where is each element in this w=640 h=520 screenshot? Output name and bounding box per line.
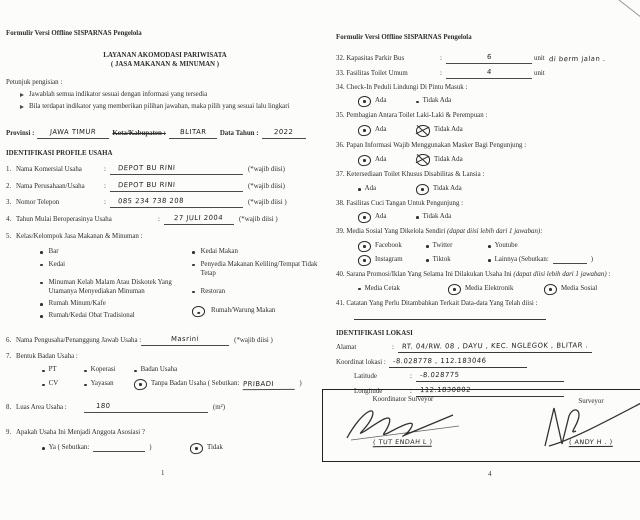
option-cv: CV	[42, 380, 84, 389]
field-value: 27 JULI 2004	[164, 214, 234, 225]
unit-label: unit	[532, 55, 545, 64]
field-number: 8.	[6, 404, 16, 413]
field-label: Nama Pengusaha/Penanggung Jawab Usaha :	[16, 337, 141, 346]
q7-sebutkan-value: PRIBADI	[243, 380, 296, 390]
field-value: 6	[446, 53, 532, 64]
bullet-icon	[426, 259, 429, 262]
question-35: 35. Pembagian Antara Toilet Laki-Laki & …	[336, 112, 638, 136]
question-34: 34. Check-In Peduli Lindungi Di Pintu Ma…	[336, 84, 638, 107]
field-number: 4.	[6, 216, 16, 225]
instruction-item: Jawablah semua indikator sesuai dengan i…	[20, 91, 324, 100]
page-number-right: 4	[488, 471, 491, 478]
q9-options: Ya ( Sebutkan: ) Tidak	[42, 443, 324, 454]
option-youtube: Youtube	[488, 242, 518, 251]
option-tidak-ada: Tidak Ada	[416, 97, 451, 106]
province-label: Provinsi :	[6, 130, 34, 139]
field-number: 3.	[6, 199, 16, 208]
question-5: 5. Kelas/Kelompok Jasa Makanan & Minuman…	[6, 233, 324, 242]
field-label: Kelas/Kelompok Jasa Makanan & Minuman :	[16, 233, 143, 242]
city-value: BLITAR	[169, 128, 217, 139]
bullet-icon	[42, 370, 45, 373]
option-tidak-selected: Tidak	[190, 443, 223, 454]
arrowhead-bullet-icon	[20, 93, 24, 97]
field-number: 7.	[6, 353, 16, 362]
field-label: Luas Area Usaha :	[16, 404, 84, 413]
form-page-4: Formulir Versi Offline SISPARNAS Pengelo…	[336, 34, 638, 397]
year-label: Data Tahun :	[220, 130, 259, 139]
koordinat-value: -8.028778 , 112.183046	[389, 357, 527, 368]
field-label: 35. Pembagian Antara Toilet Laki-Laki & …	[336, 112, 638, 121]
field-label: 41. Catatan Yang Perlu Ditambahkan Terka…	[336, 300, 638, 309]
option-rumah-minum: Rumah Minum/Kafe	[40, 300, 192, 309]
question-7: 7. Bentuk Badan Usaha :	[6, 353, 324, 362]
alamat-value: RT. 04/RW. 08 , DAYU , KEC. NGLEGOK , BL…	[398, 342, 592, 353]
field-label: 37. Ketersediaan Toilet Khusus Disabilit…	[336, 171, 638, 180]
field-label: 40. Sarana Promosi/Iklan Yang Selama Ini…	[336, 271, 513, 278]
surveyor-block: Surveyor ( ANDY H . )	[545, 398, 637, 447]
hand-drawn-circle-icon	[357, 154, 371, 167]
question-8: 8. Luas Area Usaha : 180 (m²)	[6, 402, 324, 413]
option-ada-selected: Ada	[358, 125, 416, 136]
form-title-block: LAYANAN AKOMODASI PARIWISATA ( JASA MAKA…	[6, 52, 324, 70]
field-label: 33. Fasilitas Toilet Umum	[336, 70, 440, 79]
bullet-icon	[134, 370, 137, 373]
unit-label: unit	[532, 70, 545, 79]
option-media-elektronik-selected: Media Elektronik	[448, 284, 544, 295]
bullet-icon	[40, 264, 43, 267]
option-facebook-selected: Facebook	[358, 241, 426, 252]
bullet-icon	[40, 303, 43, 306]
instructions-label: Petunjuk pengisian :	[6, 79, 324, 88]
question-41: 41. Catatan Yang Perlu Ditambahkan Terka…	[336, 300, 638, 320]
required-note: (*wajib diisi )	[243, 199, 287, 208]
bullet-icon	[40, 251, 43, 254]
field-value: 085 234 738 208	[110, 197, 243, 208]
option-badan-usaha: Badan Usaha	[134, 366, 177, 375]
required-note: (*wajib diisi )	[229, 337, 273, 346]
bullet-icon	[426, 245, 429, 248]
option-tanpa-badan-usaha-selected: Tanpa Badan Usaha ( Sebutkan: PRIBADI )	[134, 379, 302, 390]
hand-drawn-circle-icon	[357, 96, 371, 109]
option-tiktok: Tiktok	[426, 256, 488, 265]
latitude-value: -8.028775	[416, 371, 564, 382]
arrowhead-bullet-icon	[20, 105, 24, 109]
field-label: 38. Fasilitas Cuci Tangan Untuk Pengunju…	[336, 200, 638, 209]
instruction-item: Bila terdapat indikator yang memberikan …	[20, 103, 324, 112]
surveyor-name: ( ANDY H . )	[569, 438, 613, 447]
field-label: 34. Check-In Peduli Lindungi Di Pintu Ma…	[336, 84, 638, 93]
option-tidak-ada-crossed: Tidak Ada	[416, 154, 463, 166]
bullet-icon	[416, 101, 419, 104]
hand-drawn-circle-icon	[415, 183, 429, 196]
field-number: 5.	[6, 233, 16, 242]
field-row-nama-perusahaan: 2. Nama Perusahaan/Usaha : DEPOT BU RINI…	[6, 181, 324, 192]
city-label: Kota/Kabupaten :	[112, 130, 165, 139]
q7-row-1: PT Koperasi Badan Usaha	[42, 366, 324, 375]
form-header: Formulir Versi Offline SISPARNAS Pengelo…	[6, 30, 324, 39]
required-note: (*wajib diisi)	[243, 166, 285, 175]
blank-answer-line	[354, 309, 546, 320]
province-value: JAWA TIMUR	[37, 128, 109, 139]
option-ada: Ada	[358, 185, 416, 194]
option-tidak-ada-selected: Tidak Ada	[416, 184, 462, 195]
form-header: Formulir Versi Offline SISPARNAS Pengelo…	[336, 34, 638, 43]
question-32: 32. Kapasitas Parkir Bus : 6 unit di ber…	[336, 53, 638, 64]
hand-drawn-circle-crossed-icon	[415, 124, 430, 137]
option-twitter: Twitter	[426, 242, 488, 251]
alamat-row: Alamat : RT. 04/RW. 08 , DAYU , KEC. NGL…	[336, 342, 638, 353]
question-33: 33. Fasilitas Toilet Umum : 4 unit	[336, 68, 638, 79]
koordinat-label: Koordinat lokasi :	[336, 359, 386, 368]
scan-corner-artifact	[615, 0, 640, 19]
field-value: 4	[446, 68, 532, 79]
field-label: Nomor Telepon	[16, 199, 104, 208]
field-label-italic: (dapat diisi lebih dari 1 jawaban)	[513, 271, 606, 278]
bullet-icon	[84, 384, 87, 387]
field-label: 36. Papan Informasi Wajib Menggunakan Ma…	[336, 142, 638, 151]
year-value: 2022	[262, 128, 306, 139]
option-instagram-selected: Instagram	[358, 255, 426, 266]
field-label: Apakah Usaha Ini Menjadi Anggota Asosias…	[16, 429, 145, 438]
hand-drawn-circle-icon	[357, 240, 371, 253]
field-number: 9.	[6, 429, 16, 438]
field-number: 6.	[6, 337, 16, 346]
section-title-profile: IDENTIFIKASI PROFILE USAHA	[6, 150, 324, 159]
option-rumah-warung-makan-selected: Rumah/Warung Makan	[192, 306, 318, 317]
option-tidak-ada: Tidak Ada	[416, 213, 451, 222]
bullet-icon	[358, 188, 361, 191]
field-number: 2.	[6, 183, 16, 192]
koordinator-surveyor-block: Koordinator Surveyor ( TUT ENDAH L )	[337, 396, 469, 447]
field-value: 180	[84, 402, 208, 413]
hand-drawn-circle-crossed-icon	[415, 154, 430, 167]
option-ya: Ya ( Sebutkan: )	[42, 444, 190, 453]
option-lainnya: Lainnya (Sebutkan:)	[488, 256, 593, 265]
bullet-icon	[84, 370, 87, 373]
bullet-icon	[192, 251, 195, 254]
hand-drawn-circle-icon	[191, 306, 205, 319]
field-value: DEPOT BU RINI	[110, 164, 243, 175]
option-pt: PT	[42, 366, 84, 375]
hand-drawn-circle-icon	[357, 125, 371, 138]
hand-drawn-circle-icon	[189, 442, 203, 455]
option-kedai-makan: Kedai Makan	[192, 248, 318, 257]
required-note: (*wajib diisi)	[243, 183, 285, 192]
q5-column-2: Kedai Makan Penyedia Makanan Keliling/Te…	[192, 245, 318, 322]
koordinator-surveyor-name: ( TUT ENDAH L )	[373, 438, 433, 447]
field-label: 39. Media Sosial Yang Dikelola Sendiri	[336, 228, 447, 235]
hand-drawn-circle-icon	[357, 211, 371, 224]
question-36: 36. Papan Informasi Wajib Menggunakan Ma…	[336, 142, 638, 166]
latitude-label: Latitude	[354, 373, 410, 382]
q7-options: PT Koperasi Badan Usaha CV Yayasan Tanpa…	[42, 366, 324, 390]
hand-drawn-circle-icon	[357, 254, 371, 267]
koordinator-surveyor-title: Koordinator Surveyor	[337, 396, 469, 403]
field-label: Nama Perusahaan/Usaha	[16, 183, 104, 192]
field-value: DEPOT BU RINI	[110, 181, 243, 192]
alamat-label: Alamat	[336, 344, 392, 353]
bullet-icon	[488, 259, 491, 262]
hand-drawn-circle-icon	[543, 283, 557, 296]
q7-row-2: CV Yayasan Tanpa Badan Usaha ( Sebutkan:…	[42, 379, 324, 390]
blank-underline	[93, 445, 145, 452]
blank-underline	[553, 257, 587, 264]
field-row-telepon: 3. Nomor Telepon : 085 234 738 208 (*waj…	[6, 197, 324, 208]
option-koperasi: Koperasi	[84, 366, 134, 375]
bullet-icon	[192, 291, 195, 294]
hand-drawn-circle-icon	[447, 283, 461, 296]
option-restoran: Restoran	[192, 288, 318, 297]
field-value: Masrini	[141, 335, 229, 346]
bullet-icon	[42, 384, 45, 387]
field-row-nama-komersial: 1. Nama Komersial Usaha : DEPOT BU RINI …	[6, 164, 324, 175]
option-kedai-obat: Rumah/Kedai Obat Tradisional	[40, 312, 192, 321]
bullet-icon	[40, 315, 43, 318]
question-40: 40. Sarana Promosi/Iklan Yang Selama Ini…	[336, 271, 638, 294]
bullet-icon	[192, 264, 195, 267]
province-row: Provinsi : JAWA TIMUR Kota/Kabupaten : B…	[6, 128, 324, 139]
required-note: (*wajib diisi )	[234, 216, 278, 225]
koordinat-row: Koordinat lokasi : -8.028778 , 112.18304…	[336, 357, 638, 368]
scanned-form-document: Formulir Versi Offline SISPARNAS Pengelo…	[0, 0, 640, 520]
form-title-line1: LAYANAN AKOMODASI PARIWISATA	[6, 52, 324, 61]
hand-drawn-circle-icon	[133, 379, 147, 392]
bullet-icon	[358, 288, 361, 291]
bullet-icon	[488, 245, 491, 248]
form-title-line2: ( JASA MAKANAN & MINUMAN )	[6, 61, 324, 70]
field-label: 32. Kapasitas Parkir Bus	[336, 55, 440, 64]
instruction-text: Bila terdapat indikator yang memberikan …	[29, 103, 289, 112]
field-row-tahun-operasi: 4. Tahun Mulai Beroperasinya Usaha : 27 …	[6, 214, 324, 225]
option-ada-selected: Ada	[358, 155, 416, 166]
field-label: Bentuk Badan Usaha :	[16, 353, 78, 362]
unit-label: (m²)	[208, 404, 225, 413]
field-label: Nama Komersial Usaha	[16, 166, 104, 175]
section-lokasi: IDENTIFIKASI LOKASI Alamat : RT. 04/RW. …	[336, 330, 638, 397]
field-label: Tahun Mulai Beroperasinya Usaha	[16, 216, 158, 225]
question-9: 9. Apakah Usaha Ini Menjadi Anggota Asos…	[6, 429, 324, 454]
bullet-icon	[40, 282, 43, 285]
question-6: 6. Nama Pengusaha/Penanggung Jawab Usaha…	[6, 335, 324, 346]
option-bar: Bar	[40, 248, 192, 257]
option-minuman-kelab: Minuman Kelab Malam Atau Diskotek Yang U…	[40, 279, 192, 297]
q5-options: Bar Kedai Minuman Kelab Malam Atau Disko…	[6, 245, 324, 322]
field-number: 1.	[6, 166, 16, 175]
form-page-1: Formulir Versi Offline SISPARNAS Pengelo…	[6, 30, 324, 454]
q5-column-1: Bar Kedai Minuman Kelab Malam Atau Disko…	[40, 245, 192, 322]
question-37: 37. Ketersediaan Toilet Khusus Disabilit…	[336, 171, 638, 194]
instruction-text: Jawablah semua indikator sesuai dengan i…	[29, 91, 207, 100]
bullet-icon	[42, 447, 45, 450]
signature-box: Koordinator Surveyor ( TUT ENDAH L ) Sur…	[322, 389, 640, 462]
bullet-icon	[416, 216, 419, 219]
question-39: 39. Media Sosial Yang Dikelola Sendiri (…	[336, 228, 638, 266]
field-label-italic: (dapat diisi lebih dari 1 jawaban):	[447, 228, 543, 235]
latitude-row: Latitude : -8.028775	[336, 371, 638, 382]
page-number-left: 1	[161, 470, 164, 477]
option-yayasan: Yayasan	[84, 380, 134, 389]
handwritten-note: di berm jalan .	[548, 55, 605, 64]
option-media-sosial-selected: Media Sosial	[544, 284, 597, 295]
option-ada-selected: Ada	[358, 96, 416, 107]
option-penyedia-keliling: Penyedia Makanan Keliling/Tempat Tidak T…	[192, 261, 318, 279]
question-38: 38. Fasilitas Cuci Tangan Untuk Pengunju…	[336, 200, 638, 223]
section-title-lokasi: IDENTIFIKASI LOKASI	[336, 330, 638, 339]
option-kedai: Kedai	[40, 261, 192, 270]
option-ada-selected: Ada	[358, 212, 416, 223]
option-media-cetak: Media Cetak	[358, 285, 448, 294]
option-tidak-ada-crossed: Tidak Ada	[416, 125, 463, 137]
